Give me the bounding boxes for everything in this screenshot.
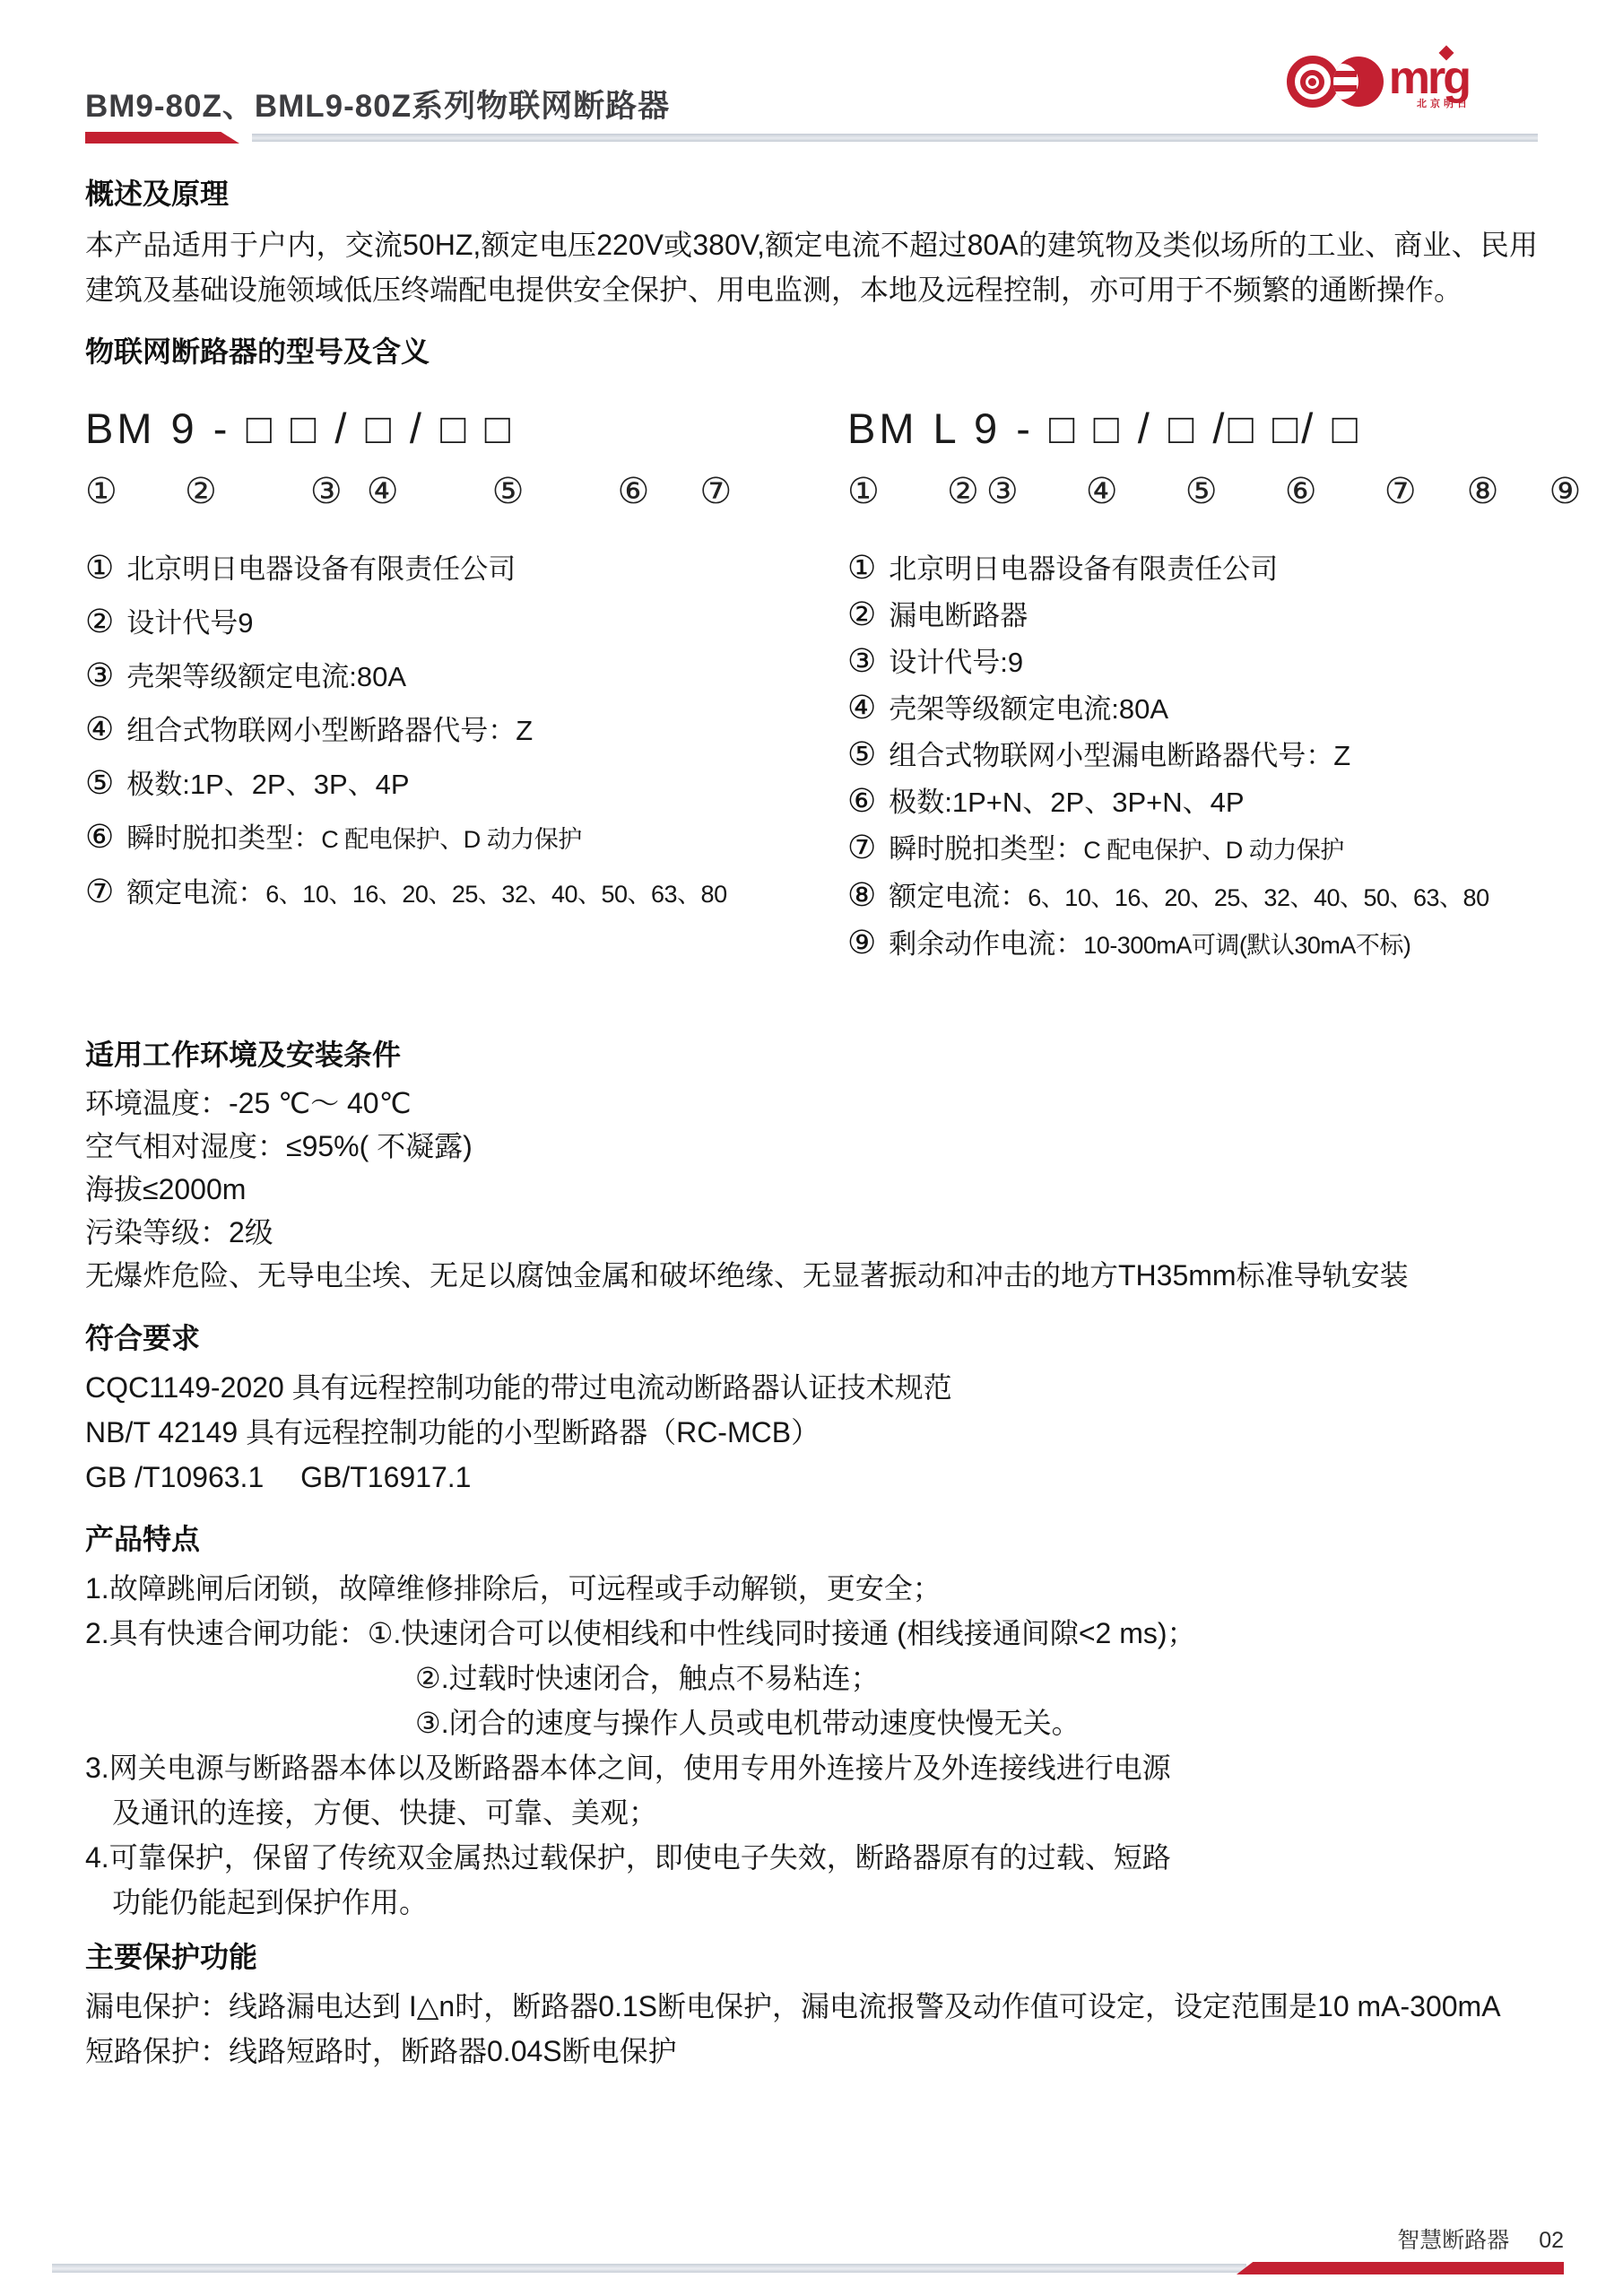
model-meaning-item: ② 漏电断路器 — [847, 596, 1588, 634]
features-heading: 产品特点 — [85, 1521, 1538, 1557]
bml9-model-code: BM L 9 - □ □ / □ /□ □/ □ — [847, 405, 1588, 452]
model-meaning-item: ④ 壳架等级额定电流:80A — [847, 690, 1588, 727]
item-text: 设计代号:9 — [889, 645, 1023, 681]
item-text: 瞬时脱扣类型： — [126, 821, 321, 857]
footer-rule-red — [1237, 2262, 1564, 2274]
item-number-badge: ⑤ — [847, 736, 876, 772]
item-text: 北京明日电器设备有限责任公司 — [889, 552, 1278, 587]
model-meaning-item: ① 北京明日电器设备有限责任公司 — [847, 550, 1588, 587]
logo-moon-icon — [1333, 57, 1384, 107]
logo-moon-hole — [1333, 64, 1358, 100]
environment-line: 无爆炸危险、无导电尘埃、无足以腐蚀金属和破坏绝缘、无显著振动和冲击的地方TH35… — [85, 1254, 1538, 1297]
bm9-model-code: BM 9 - □ □ / □ / □ □ — [85, 405, 847, 452]
environment-line: 污染等级：2级 — [85, 1211, 1538, 1254]
brand-logo: mrg 北京明日 — [1287, 52, 1472, 111]
feature-line: 1.故障跳闸后闭锁，故障维修排除后，可远程或手动解锁，更安全； — [85, 1566, 1538, 1611]
feature-line: 功能仍能起到保护作用。 — [85, 1880, 1538, 1925]
section-overview: 概述及原理 本产品适用于户内，交流50HZ,额定电压220V或380V,额定电流… — [0, 176, 1623, 312]
item-text: 额定电流： — [889, 879, 1028, 915]
model-meaning-item: ③ 设计代号:9 — [847, 643, 1588, 681]
protection-line: 漏电保护：线路漏电达到 I△n时，断路器0.1S断电保护，漏电流报警及动作值可设… — [85, 1984, 1538, 2029]
model-meaning-item: ⑧ 额定电流： 6、10、16、20、25、32、40、50、63、80 — [847, 877, 1588, 916]
environment-line: 海拔≤2000m — [85, 1168, 1538, 1211]
protection-lines: 漏电保护：线路漏电达到 I△n时，断路器0.1S断电保护，漏电流报警及动作值可设… — [85, 1984, 1538, 2074]
logo-moon-slit — [1333, 85, 1357, 91]
model-meaning-item: ⑦ 瞬时脱扣类型： C 配电保护、D 动力保护 — [847, 830, 1588, 868]
footer-label: 智慧断路器 — [1397, 2228, 1509, 2253]
environment-heading: 适用工作环境及安装条件 — [85, 1037, 1538, 1073]
section-environment: 适用工作环境及安装条件 环境温度：-25 ℃～ 40℃ 空气相对湿度：≤95%(… — [0, 1037, 1623, 1297]
section-features: 产品特点 1.故障跳闸后闭锁，故障维修排除后，可远程或手动解锁，更安全； 2.具… — [0, 1521, 1623, 1925]
item-number-badge: ③ — [85, 657, 114, 693]
item-text: 额定电流： — [126, 875, 265, 911]
bm9-column: BM 9 - □ □ / □ / □ □ ① ② ③ ④ ⑤ ⑥ ⑦ ① 北京明… — [85, 405, 847, 972]
item-text: 组合式物联网小型断路器代号：Z — [126, 713, 533, 749]
logo-sun-ring — [1300, 70, 1324, 94]
logo-sun-icon — [1287, 56, 1339, 108]
item-text: 极数:1P、2P、3P、4P — [126, 767, 409, 803]
item-number-badge: ② — [847, 596, 876, 632]
model-meaning-item: ④ 组合式物联网小型断路器代号：Z — [85, 711, 847, 749]
bml9-meaning-list: ① 北京明日电器设备有限责任公司 ② 漏电断路器 ③ — [847, 550, 1588, 963]
model-meaning-item: ③ 壳架等级额定电流:80A — [85, 657, 847, 695]
item-number-badge: ⑥ — [847, 783, 876, 819]
item-value: 6、10、16、20、25、32、40、50、63、80 — [1028, 880, 1488, 916]
compliance-line: CQC1149-2020 具有远程控制功能的带过电流动断路器认证技术规范 — [85, 1365, 1538, 1410]
compliance-heading: 符合要求 — [85, 1320, 1538, 1356]
item-value: C 配电保护、D 动力保护 — [1083, 832, 1344, 868]
feature-line: 及通讯的连接，方便、快捷、可靠、美观； — [85, 1790, 1538, 1835]
section-protection: 主要保护功能 漏电保护：线路漏电达到 I△n时，断路器0.1S断电保护，漏电流报… — [0, 1939, 1623, 2074]
item-number-badge: ⑦ — [85, 874, 114, 909]
title-rule-red — [85, 132, 239, 143]
item-text: 极数:1P+N、2P、3P+N、4P — [889, 785, 1244, 821]
item-number-badge: ⑥ — [85, 819, 114, 855]
model-meaning-item: ⑦ 额定电流： 6、10、16、20、25、32、40、50、63、80 — [85, 874, 847, 912]
protection-heading: 主要保护功能 — [85, 1939, 1538, 1975]
overview-heading: 概述及原理 — [85, 176, 1538, 212]
model-meaning-item: ② 设计代号9 — [85, 604, 847, 641]
protection-line: 短路保护：线路短路时，断路器0.04S断电保护 — [85, 2029, 1538, 2074]
feature-line: 3.网关电源与断路器本体以及断路器本体之间，使用专用外连接片及外连接线进行电源 — [85, 1745, 1538, 1790]
logo-wordmark-wrap: mrg 北京明日 — [1389, 62, 1472, 101]
feature-line: ②.过载时快速闭合，触点不易粘连； — [85, 1656, 1538, 1700]
item-number-badge: ② — [85, 604, 114, 639]
item-number-badge: ⑨ — [847, 925, 876, 961]
section-compliance: 符合要求 CQC1149-2020 具有远程控制功能的带过电流动断路器认证技术规… — [0, 1320, 1623, 1500]
title-rule-gray — [252, 134, 1538, 142]
section-models: 物联网断路器的型号及含义 BM 9 - □ □ / □ / □ □ ① ② ③ … — [0, 334, 1623, 972]
model-meaning-item: ⑥ 瞬时脱扣类型： C 配电保护、D 动力保护 — [85, 819, 847, 857]
item-number-badge: ⑧ — [847, 877, 876, 913]
environment-line: 环境温度：-25 ℃～ 40℃ — [85, 1082, 1538, 1125]
item-text: 漏电断路器 — [889, 598, 1028, 634]
footer-rule-gray — [52, 2264, 1246, 2273]
model-meaning-item: ① 北京明日电器设备有限责任公司 — [85, 550, 847, 587]
features-lines: 1.故障跳闸后闭锁，故障维修排除后，可远程或手动解锁，更安全； 2.具有快速合闸… — [85, 1566, 1538, 1925]
item-number-badge: ④ — [85, 711, 114, 747]
item-value: 10-300mA可调(默认30mA不标) — [1083, 927, 1410, 963]
logo-wordmark: mrg — [1389, 55, 1469, 101]
bm9-meaning-list: ① 北京明日电器设备有限责任公司 ② 设计代号9 ③ — [85, 550, 847, 912]
item-number-badge: ① — [847, 550, 876, 586]
compliance-line: NB/T 42149 具有远程控制功能的小型断路器（RC-MCB） — [85, 1410, 1538, 1455]
feature-line: ③.闭合的速度与操作人员或电机带动速度快慢无关。 — [85, 1700, 1538, 1745]
bml9-column: BM L 9 - □ □ / □ /□ □/ □ ① ②③ ④ ⑤ ⑥ ⑦ ⑧ … — [847, 405, 1588, 972]
item-value: C 配电保护、D 动力保护 — [321, 822, 582, 857]
item-text: 壳架等级额定电流:80A — [889, 691, 1168, 727]
model-meaning-item: ⑤ 组合式物联网小型漏电断路器代号：Z — [847, 736, 1588, 774]
item-value: 6、10、16、20、25、32、40、50、63、80 — [265, 876, 726, 912]
footer-page-number: 02 — [1539, 2228, 1564, 2253]
item-number-badge: ⑤ — [85, 765, 114, 801]
feature-line: 2.具有快速合闸功能：①.快速闭合可以使相线和中性线同时接通 (相线接通间隙<2… — [85, 1611, 1538, 1656]
compliance-lines: CQC1149-2020 具有远程控制功能的带过电流动断路器认证技术规范 NB/… — [85, 1365, 1538, 1500]
page-header: BM9-80Z、BML9-80Z系列物联网断路器 mrg 北京明日 — [0, 0, 1623, 143]
feature-line: 4.可靠保护，保留了传统双金属热过载保护，即使电子失效，断路器原有的过载、短路 — [85, 1835, 1538, 1880]
logo-sun-dot — [1308, 78, 1316, 86]
item-text: 壳架等级额定电流:80A — [126, 659, 406, 695]
compliance-line: GB /T10963.1 GB/T16917.1 — [85, 1455, 1538, 1500]
logo-caption: 北京明日 — [1417, 96, 1471, 110]
overview-body: 本产品适用于户内，交流50HZ,额定电压220V或380V,额定电流不超过80A… — [85, 222, 1538, 312]
model-meaning-item: ⑤ 极数:1P、2P、3P、4P — [85, 765, 847, 803]
model-meaning-item: ⑨ 剩余动作电流： 10-300mA可调(默认30mA不标) — [847, 925, 1588, 963]
page-footer: 智慧断路器 02 — [1397, 2222, 1564, 2255]
model-meaning-item: ⑥ 极数:1P+N、2P、3P+N、4P — [847, 783, 1588, 821]
model-columns: BM 9 - □ □ / □ / □ □ ① ② ③ ④ ⑤ ⑥ ⑦ ① 北京明… — [85, 405, 1538, 972]
document-page: BM9-80Z、BML9-80Z系列物联网断路器 mrg 北京明日 — [0, 0, 1623, 2296]
item-text: 设计代号9 — [126, 605, 253, 641]
item-number-badge: ⑦ — [847, 830, 876, 865]
bm9-digit-row: ① ② ③ ④ ⑤ ⑥ ⑦ — [85, 463, 847, 514]
bml9-digit-row: ① ②③ ④ ⑤ ⑥ ⑦ ⑧ ⑨ — [847, 463, 1588, 514]
item-number-badge: ① — [85, 550, 114, 586]
item-number-badge: ④ — [847, 690, 876, 726]
item-text: 组合式物联网小型漏电断路器代号：Z — [889, 738, 1350, 774]
logo-moon-slit — [1333, 71, 1357, 77]
environment-lines: 环境温度：-25 ℃～ 40℃ 空气相对湿度：≤95%( 不凝露) 海拔≤200… — [85, 1082, 1538, 1297]
item-text: 剩余动作电流： — [889, 926, 1083, 962]
item-number-badge: ③ — [847, 643, 876, 679]
title-rule — [85, 132, 1538, 143]
item-text: 瞬时脱扣类型： — [889, 831, 1083, 867]
environment-line: 空气相对湿度：≤95%( 不凝露) — [85, 1125, 1538, 1168]
models-heading: 物联网断路器的型号及含义 — [85, 334, 1538, 370]
item-text: 北京明日电器设备有限责任公司 — [126, 552, 516, 587]
